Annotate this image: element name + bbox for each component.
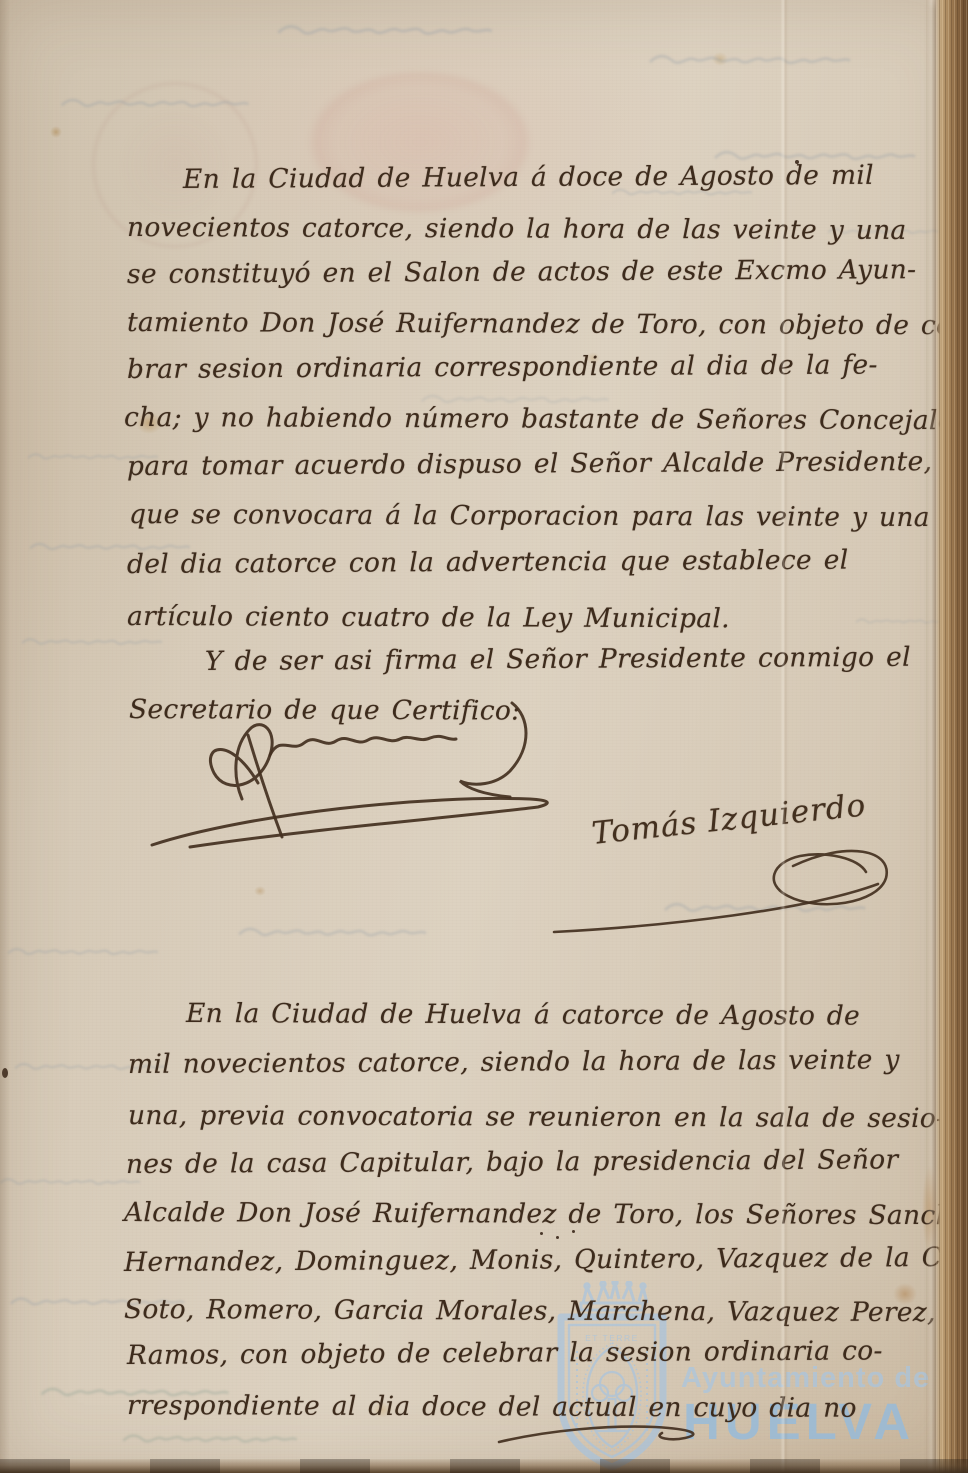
manuscript-line: que se convocara á la Corporacion para l… bbox=[129, 499, 930, 533]
manuscript-line: Soto, Romero, Garcia Morales, Marchena, … bbox=[124, 1294, 963, 1328]
manuscript-line: tamiento Don José Ruifernandez de Toro, … bbox=[127, 307, 968, 341]
manuscript-line: mil novecientos catorce, siendo la hora … bbox=[128, 1044, 900, 1080]
document-page: ET TERRE Ayuntamiento de HUELVA En la Ci… bbox=[0, 0, 968, 1473]
manuscript-line: novecientos catorce, siendo la hora de l… bbox=[127, 212, 907, 246]
manuscript-line: del dia catorce con la advertencia que e… bbox=[127, 545, 849, 580]
ink-dot bbox=[540, 1232, 543, 1235]
manuscript-line: nes de la casa Capitular, bajo la presid… bbox=[126, 1144, 899, 1180]
manuscript-line: Y de ser asi firma el Señor Presidente c… bbox=[205, 642, 911, 677]
end-flourish bbox=[495, 1418, 715, 1448]
manuscript-line: Ramos, con objeto de celebrar la sesion … bbox=[127, 1335, 883, 1371]
manuscript-line: cha; y no habiendo número bastante de Se… bbox=[124, 402, 968, 436]
manuscript-line: una, previa convocatoria se reunieron en… bbox=[128, 1100, 945, 1134]
manuscript-line: para tomar acuerdo dispuso el Señor Alca… bbox=[127, 446, 932, 482]
ink-dot bbox=[556, 1236, 559, 1239]
ink-dot bbox=[572, 1230, 575, 1233]
ink-dot bbox=[2, 1068, 8, 1078]
alcalde-signature bbox=[130, 695, 570, 860]
manuscript-line: Alcalde Don José Ruifernandez de Toro, l… bbox=[124, 1197, 968, 1231]
manuscript-line: En la Ciudad de Huelva á doce de Agosto … bbox=[183, 160, 874, 195]
manuscript-line: artículo ciento cuatro de la Ley Municip… bbox=[127, 601, 730, 634]
manuscript-line: brar sesion ordinaria correspondiente al… bbox=[127, 349, 878, 385]
manuscript-line: se constituyó en el Salon de actos de es… bbox=[127, 254, 917, 290]
manuscript-text: En la Ciudad de Huelva á doce de Agosto … bbox=[0, 0, 968, 1473]
book-bottom-edge bbox=[0, 1459, 968, 1473]
book-page-edge bbox=[936, 0, 968, 1473]
manuscript-line: En la Ciudad de Huelva á catorce de Agos… bbox=[186, 998, 860, 1032]
manuscript-line: Hernandez, Dominguez, Monis, Quintero, V… bbox=[124, 1242, 968, 1278]
manuscript-line: rrespondiente al dia doce del actual en … bbox=[127, 1390, 857, 1424]
secretario-signature-flourish bbox=[548, 838, 908, 938]
